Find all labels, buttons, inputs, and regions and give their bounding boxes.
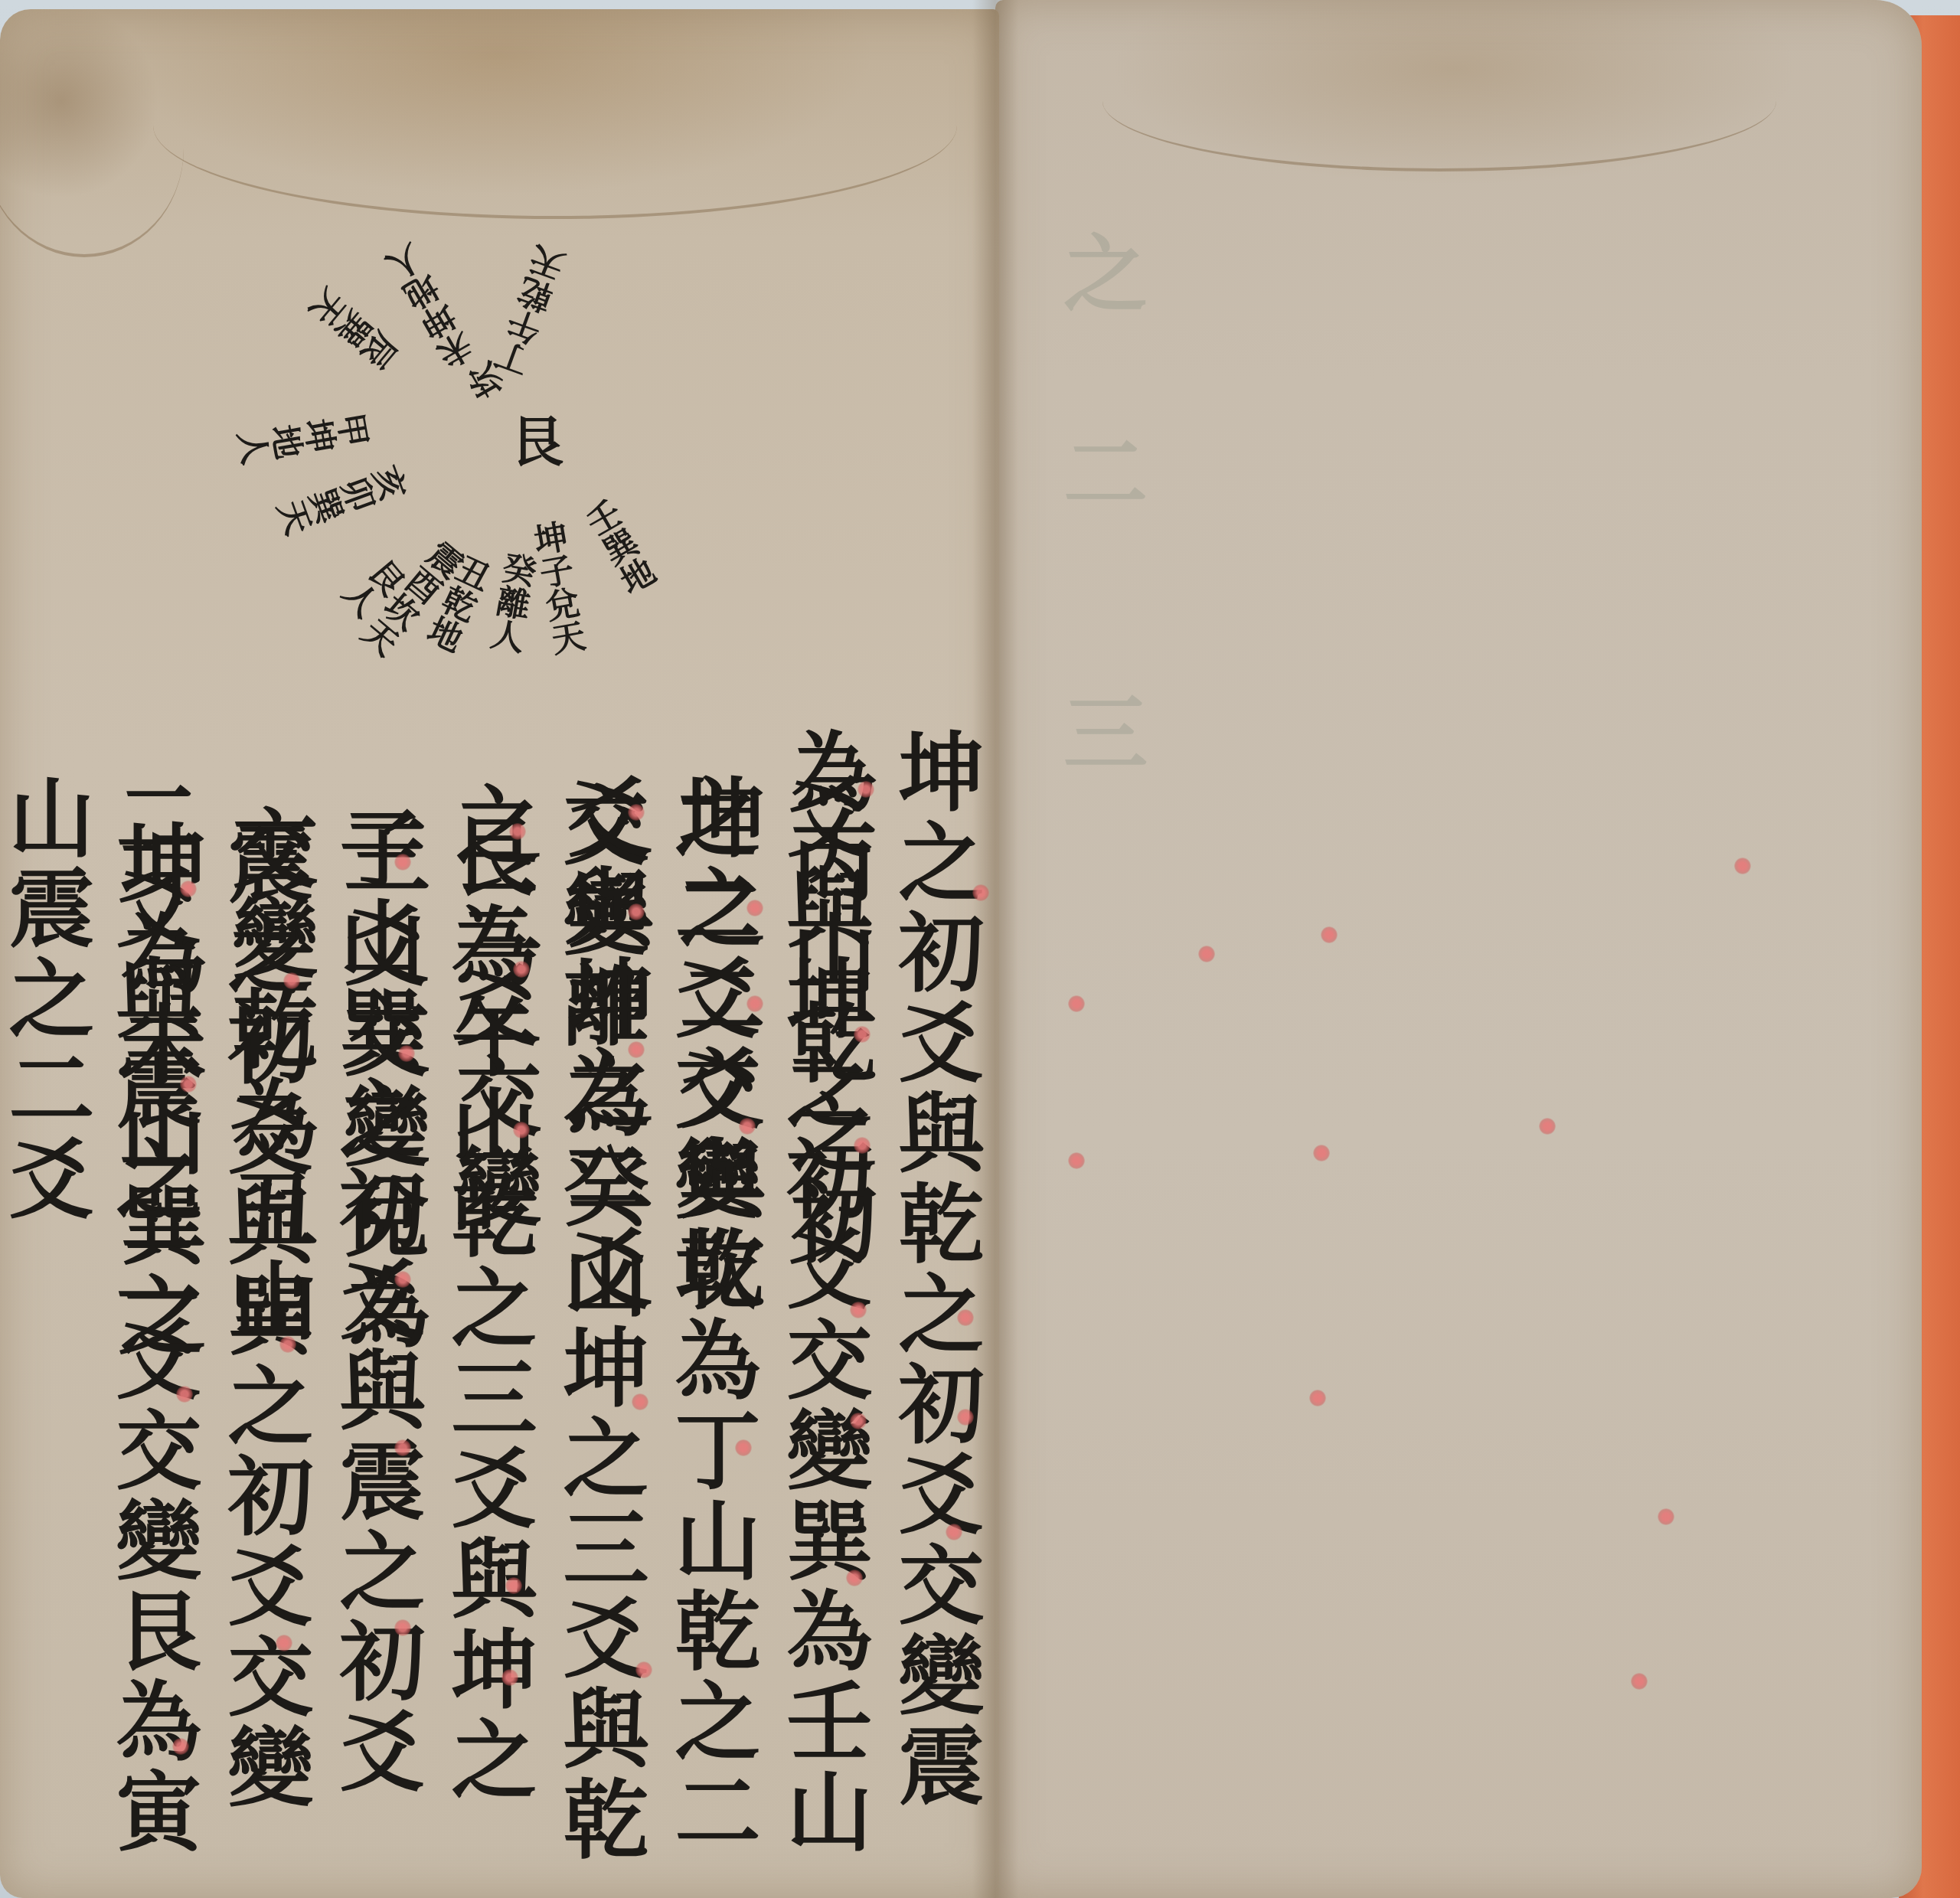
red-punctuation-mark	[394, 1439, 411, 1456]
red-punctuation-mark	[746, 900, 763, 916]
diagram-ring-group: 坤子兌天	[524, 518, 587, 658]
red-punctuation-mark	[172, 1738, 189, 1755]
red-punctuation-mark	[513, 1122, 530, 1138]
red-punctuation-mark	[854, 1137, 871, 1154]
red-punctuation-mark	[1198, 946, 1215, 962]
red-punctuation-mark	[394, 1619, 411, 1636]
water-stain	[1102, 31, 1776, 172]
red-punctuation-mark	[850, 1413, 867, 1429]
red-punctuation-mark	[746, 995, 763, 1012]
red-punctuation-mark	[505, 1577, 522, 1594]
red-punctuation-mark	[957, 1309, 974, 1326]
diagram-ring-group: 丁午乾天	[491, 242, 574, 382]
diagram-center-label: 艮	[513, 413, 553, 467]
show-through-text: 二	[1041, 429, 1156, 513]
water-stain	[153, 32, 957, 219]
red-punctuation-mark	[628, 903, 645, 920]
red-punctuation-mark	[180, 880, 197, 897]
red-punctuation-mark	[279, 1336, 296, 1353]
red-punctuation-mark	[1068, 995, 1085, 1012]
red-punctuation-mark	[1313, 1145, 1330, 1161]
red-punctuation-mark	[957, 1409, 974, 1426]
red-punctuation-mark	[635, 1661, 652, 1678]
red-punctuation-mark	[1539, 1118, 1556, 1135]
red-punctuation-mark	[739, 1118, 756, 1135]
red-punctuation-mark	[394, 854, 411, 871]
red-punctuation-mark	[972, 884, 989, 901]
right-page: 之 二 三	[995, 0, 1922, 1898]
red-punctuation-mark	[850, 1302, 867, 1318]
water-stain	[0, 40, 184, 257]
red-punctuation-mark	[513, 961, 530, 978]
red-punctuation-mark	[398, 1045, 415, 1062]
red-punctuation-mark	[1631, 1673, 1648, 1690]
red-punctuation-mark	[632, 1393, 648, 1410]
red-punctuation-mark	[628, 804, 645, 821]
red-punctuation-mark	[176, 1386, 193, 1403]
red-punctuation-mark	[509, 823, 526, 840]
red-punctuation-mark	[1321, 926, 1338, 943]
red-punctuation-mark	[946, 1524, 962, 1540]
red-punctuation-mark	[1309, 1390, 1326, 1406]
red-punctuation-mark	[283, 972, 300, 989]
red-punctuation-mark	[735, 1439, 752, 1456]
red-punctuation-mark	[1068, 1152, 1085, 1169]
red-punctuation-mark	[180, 1076, 197, 1093]
circular-diagram: 艮 坤子兌天 壬巽地 癸離人 丑乾地 震酉坎天 艮人 亥卯巽天 甲坤地人 辰巽天…	[260, 230, 735, 720]
red-punctuation-mark	[1734, 858, 1751, 874]
red-punctuation-mark	[394, 1271, 411, 1288]
red-punctuation-mark	[276, 1635, 292, 1651]
text-column: 坤之初爻與乾之初爻交變震為丙山乾之初	[876, 727, 988, 1876]
red-punctuation-mark	[1658, 1508, 1674, 1525]
diagram-ring-group: 亥卯巽天	[271, 454, 411, 537]
diagram-ring-group: 辰巽天	[305, 279, 409, 374]
red-punctuation-mark	[628, 1041, 645, 1058]
red-punctuation-mark	[854, 1026, 871, 1043]
diagram-ring-group: 壬巽地	[574, 495, 659, 602]
show-through-text: 之	[1041, 230, 1156, 314]
show-through-text: 三	[1041, 689, 1156, 773]
red-punctuation-mark	[857, 781, 874, 798]
text-columns: 坤之初爻與乾之初爻交變震為丙山乾之初 爻與坤之初爻交變巽為壬山坤之二爻與乾 之二…	[92, 727, 988, 1876]
red-punctuation-mark	[501, 1669, 518, 1686]
red-punctuation-mark	[846, 1570, 863, 1586]
